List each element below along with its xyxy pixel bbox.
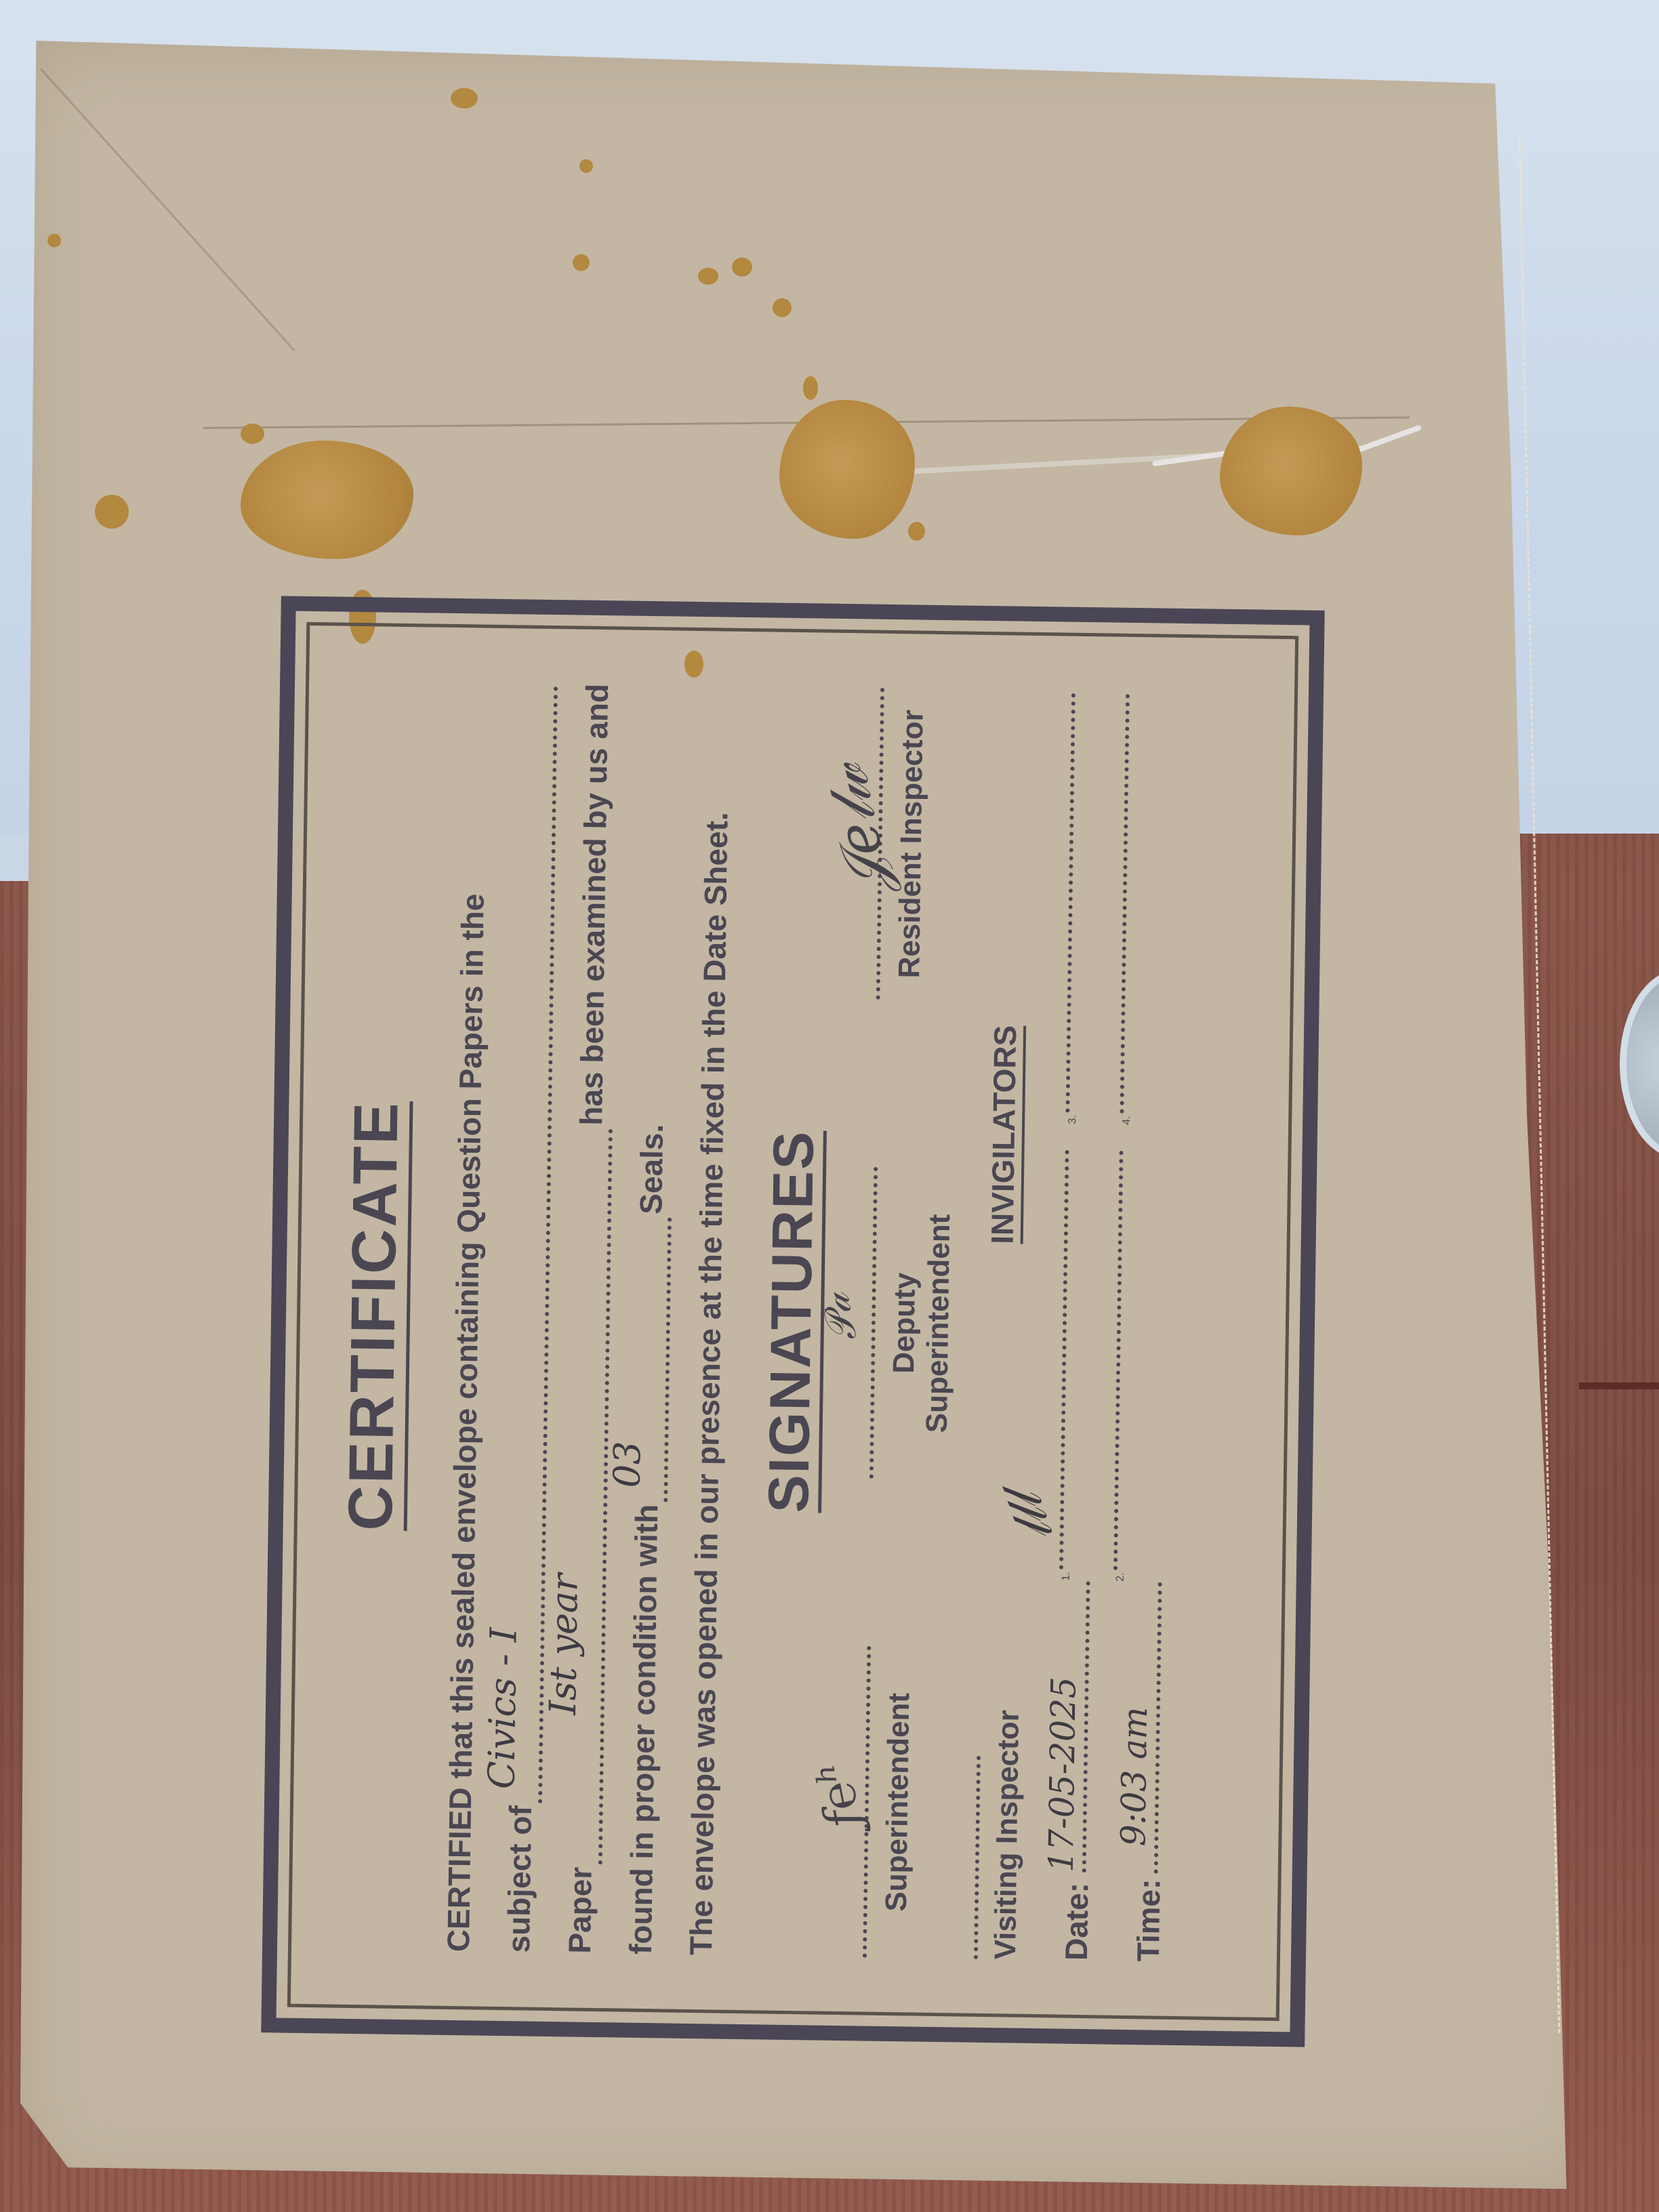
wax-drop (803, 376, 818, 400)
certificate-form: CERTIFICATE CERTIFIED that this sealed e… (261, 596, 1324, 2047)
resident-inspector-signature: 𝒥𝑒𝓁𝓌 Resident Inspector (876, 688, 964, 1001)
invigilators-block: INVIGILATORS 1. 𝓁𝓁𝓁 3. 2. (979, 689, 1219, 1583)
paper-value: Ist year (527, 1573, 600, 1715)
signature-mark: ƒ℮ʰ (805, 1757, 873, 1832)
invigilator-4: 4. (1120, 691, 1139, 1125)
paper-field[interactable]: Ist year (598, 1128, 612, 1864)
signatures-title: SIGNATURES (758, 1130, 827, 1513)
signature-mark: 𝒥𝑒𝓁𝓌 (812, 759, 903, 901)
signature-line[interactable] (869, 1167, 878, 1479)
wax-seal-1 (241, 441, 413, 559)
date-row: Date: 17-05-2025 (1058, 1581, 1100, 1961)
certificate-title: CERTIFICATE (338, 1101, 413, 1532)
wax-drop (579, 159, 593, 173)
visiting-inspector-label: Visiting Inspector (989, 1710, 1025, 1960)
invigilator-number: 3. (1067, 1115, 1079, 1124)
signature-mark: 𝓁𝓁𝓁 (996, 1486, 1065, 1549)
invigilators-title: INVIGILATORS (984, 1025, 1027, 1245)
time-label: Time: (1130, 1873, 1168, 1962)
signatory-label: Resident Inspector (893, 710, 930, 979)
invigilators-row-2: 2. 4. (1113, 691, 1139, 1582)
invigilator-number: 2. (1115, 1572, 1127, 1582)
seals-value: 03 (592, 1441, 663, 1488)
date-field[interactable]: 17-05-2025 (1082, 1581, 1090, 1872)
certificate-inner-border: CERTIFICATE CERTIFIED that this sealed e… (287, 622, 1298, 2021)
wax-seal-3 (1220, 407, 1362, 535)
invigilator-signature-line[interactable] (1120, 694, 1130, 1113)
wax-seal-2 (779, 400, 915, 539)
invigilator-1: 1. 𝓁𝓁𝓁 (1059, 1147, 1079, 1581)
time-value: 9:03 am (1113, 1706, 1155, 1846)
visiting-inspector-line[interactable] (974, 1756, 981, 1959)
invigilators-row-1: 1. 𝓁𝓁𝓁 3. (1059, 691, 1085, 1581)
date-time-block: Date: 17-05-2025 Time: 9:03 am (1058, 1581, 1172, 1962)
invigilator-2: 2. (1113, 1148, 1133, 1582)
examined-text: has been examined by us and (561, 683, 628, 1126)
seals-field[interactable]: 03 (664, 1217, 672, 1502)
date-label: Date: (1058, 1872, 1096, 1961)
wax-drop (773, 298, 792, 317)
deputy-superintendent-signature: 𝒫𝒶 Deputy Superintendent (869, 1167, 958, 1480)
superintendent-signature: ƒ℮ʰ Superintendent (863, 1646, 951, 1959)
wax-drop (95, 495, 129, 529)
wax-drop (698, 268, 718, 285)
wax-drop (908, 522, 925, 541)
date-value: 17-05-2025 (1042, 1677, 1084, 1872)
wax-drop (573, 254, 590, 271)
wax-drop (732, 258, 752, 276)
signatory-label: Deputy Superintendent (887, 1214, 956, 1433)
wax-drop (47, 234, 61, 247)
invigilator-number: 1. (1061, 1572, 1073, 1581)
time-row: Time: 9:03 am (1130, 1582, 1172, 1962)
invigilator-3: 3. (1065, 691, 1085, 1124)
wax-drop (241, 424, 264, 444)
time-field[interactable]: 9:03 am (1154, 1582, 1162, 1874)
subject-label: subject of (489, 1805, 552, 1953)
lower-section: Visiting Inspector Date: 17-05-2025 Time… (974, 689, 1219, 1963)
invigilator-signature-line[interactable]: 𝓁𝓁𝓁 (1059, 1150, 1069, 1570)
signatures-row: ƒ℮ʰ Superintendent 𝒫𝒶 Deputy Superintend… (863, 688, 964, 1959)
invigilator-signature-line[interactable] (1113, 1151, 1124, 1570)
visiting-and-datetime: Visiting Inspector Date: 17-05-2025 Time… (974, 1580, 1207, 1963)
signature-mark: 𝒫𝒶 (813, 1290, 867, 1346)
table-edge (1579, 1382, 1659, 1389)
condition-text: found in proper condition with (611, 1504, 678, 1955)
wax-drop (451, 88, 478, 108)
signatory-label: Superintendent (880, 1693, 916, 1912)
invigilator-number: 4. (1121, 1115, 1133, 1125)
certificate-body: CERTIFIED that this sealed envelope cont… (428, 682, 750, 1956)
seals-text: Seals. (621, 1124, 683, 1214)
paper-label: Paper (550, 1866, 611, 1954)
invigilator-signature-line[interactable] (1066, 693, 1076, 1113)
